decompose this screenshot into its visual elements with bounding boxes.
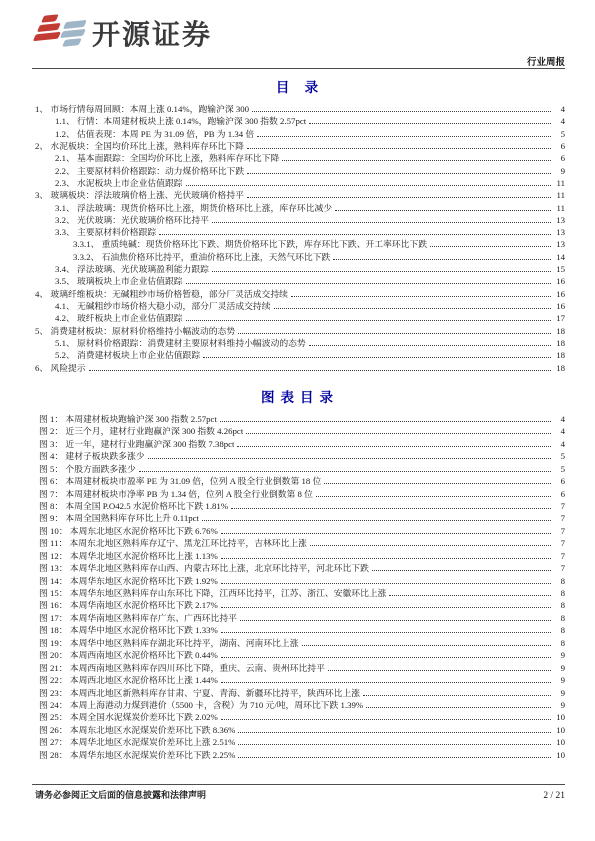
toc-entry[interactable]: 3.4、 浮法玻璃、光伏玻璃盈利能力跟踪 15 (35, 262, 565, 274)
figure-entry[interactable]: 图 16： 本周华南地区水泥价格环比下跌 2.17% 8 (35, 598, 565, 610)
dot-leader (335, 210, 551, 211)
figure-entry-page: 8 (553, 588, 565, 598)
figure-entry-page: 5 (553, 464, 565, 474)
toc-entry-label: 5.2、 消费建材板块上市企业估值跟踪 (55, 348, 200, 361)
toc-entry-page: 4 (553, 104, 565, 114)
dot-leader (274, 308, 551, 309)
dot-leader (221, 583, 551, 584)
figure-entry[interactable]: 图 5： 个股方面跌多涨少 5 (35, 462, 565, 474)
figure-entry[interactable]: 图 12： 本周华北地区水泥价格环比上涨 1.13% 7 (35, 549, 565, 561)
figure-entry-label: 图 21： 本周西南地区熟料库存四川环比下降，重庆、云南、贵州环比持平 (39, 661, 325, 674)
figures-list: 图 1： 本周建材板块跑输沪深 300 指数 2.57pct 4 图 2： 近三… (35, 412, 565, 760)
figure-entry-page: 8 (553, 625, 565, 635)
figure-entry-page: 9 (553, 688, 565, 698)
figure-entry[interactable]: 图 9： 本周全国熟料库存环比上升 0.11pct 7 (35, 511, 565, 523)
dot-leader (186, 283, 551, 284)
figure-entry-page: 9 (553, 700, 565, 710)
toc-entry-page: 18 (553, 350, 565, 360)
figure-entry-label: 图 12： 本周华北地区水泥价格环比上涨 1.13% (39, 549, 218, 562)
figure-entry-label: 图 15： 本周华东地区熟料库存山东环比下降，江西环比持平，江苏、浙江、安徽环比… (39, 586, 386, 599)
figure-entry[interactable]: 图 11： 本周东北地区熟料库存辽宁、黑龙江环比持平，吉林环比上涨 7 (35, 536, 565, 548)
figure-entry-label: 图 5： 个股方面跌多涨少 (39, 462, 136, 475)
brand-logo: 开源证券 (35, 12, 565, 54)
dot-leader (238, 732, 551, 733)
toc-entry-label: 3.1、 浮法玻璃：现货价格环比上涨，期货价格环比上涨，库存环比减少 (55, 201, 332, 214)
dot-leader (221, 682, 551, 683)
figure-entry-page: 8 (553, 638, 565, 648)
dot-leader (89, 370, 551, 371)
dot-leader (309, 345, 551, 346)
toc-entry[interactable]: 3.3、 主要原材料价格跟踪 13 (35, 225, 565, 237)
dot-leader (389, 595, 551, 596)
figure-entry-label: 图 18： 本周华中地区水泥价格环比下跌 1.33% (39, 623, 218, 636)
figure-entry-label: 图 9： 本周全国熟料库存环比上升 0.11pct (39, 511, 199, 524)
figure-entry[interactable]: 图 20： 本周西南地区水泥价格环比下跌 0.44% 9 (35, 648, 565, 660)
page-header: 开源证券 行业周报 (35, 12, 565, 68)
dot-leader (148, 458, 551, 459)
toc-entry-page: 15 (553, 264, 565, 274)
figure-entry[interactable]: 图 19： 本周华中地区熟料库存湖北环比持平，湖南、河南环比上涨 8 (35, 636, 565, 648)
figure-entry-page: 6 (553, 489, 565, 499)
figure-entry-page: 9 (553, 675, 565, 685)
page-number-indicator: 2 / 21 (543, 791, 565, 801)
toc-title: 目 录 (35, 76, 565, 96)
toc-entry-label: 3.3.1、 重质纯碱：现货价格环比下跌、期货价格环比下跌，库存环比下跌、开工率… (73, 237, 427, 250)
dot-leader (246, 433, 551, 434)
toc-entry-label: 4.1、 无碱粗纱市场价格大稳小动，部分厂灵活成交持续 (55, 299, 271, 312)
dot-leader (247, 197, 551, 198)
dot-leader (221, 607, 551, 608)
figure-entry-page: 9 (553, 650, 565, 660)
figure-entry[interactable]: 图 15： 本周华东地区熟料库存山东环比下降，江西环比持平，江苏、浙江、安徽环比… (35, 586, 565, 598)
toc-entry[interactable]: 2、 水泥板块：全国均价环比上涨，熟料库存环比下降 6 (35, 139, 565, 151)
figure-entry-label: 图 26： 本周东北地区水泥煤炭价差环比下跌 8.36% (39, 723, 235, 736)
dot-leader (186, 320, 551, 321)
toc-entry-page: 17 (553, 313, 565, 323)
figure-entry-label: 图 1： 本周建材板块跑输沪深 300 指数 2.57pct (39, 412, 217, 425)
dot-leader (366, 707, 551, 708)
dot-leader (328, 670, 551, 671)
dot-leader (247, 173, 551, 174)
toc-entry[interactable]: 4、 玻璃纤维板块：无碱粗纱市场价格暂稳，部分厂灵活成交持续 16 (35, 287, 565, 299)
toc-entry-label: 3、 玻璃板块：浮法玻璃价格上涨、光伏玻璃价格持平 (35, 188, 244, 201)
figure-entry-label: 图 3： 近一年，建材行业跑赢沪深 300 指数 7.38pct (39, 437, 234, 450)
figure-entry[interactable]: 图 22： 本周西北地区水泥价格环比上涨 1.44% 9 (35, 673, 565, 685)
toc-entry-label: 1.2、 估值表现：本周 PE 为 31.09 倍，PB 为 1.34 倍 (55, 127, 254, 140)
toc-entry-label: 2、 水泥板块：全国均价环比上涨，熟料库存环比下降 (35, 139, 244, 152)
dot-leader (221, 558, 551, 559)
toc-list: 1、 市场行情每周回顾：本周上涨 0.14%，跑输沪深 300 4 1.1、 行… (35, 102, 565, 373)
figure-entry-page: 9 (553, 663, 565, 673)
toc-entry[interactable]: 2.1、 基本面跟踪：全国均价环比上涨，熟料库存环比下降 6 (35, 151, 565, 163)
figure-entry[interactable]: 图 7： 本周建材板块市净率 PB 为 1.34 倍，位列 A 股全行业倒数第 … (35, 487, 565, 499)
toc-entry-label: 2.2、 主要原材料价格跟踪：动力煤价格环比下跌 (55, 164, 244, 177)
figure-entry[interactable]: 图 14： 本周华东地区水泥价格环比下跌 1.92% 8 (35, 574, 565, 586)
figure-entry-label: 图 8： 本周全国 P.O42.5 水泥价格环比下跌 1.81% (39, 499, 228, 512)
figure-entry[interactable]: 图 1： 本周建材板块跑输沪深 300 指数 2.57pct 4 (35, 412, 565, 424)
toc-entry-page: 6 (553, 153, 565, 163)
figure-entry-label: 图 16： 本周华南地区水泥价格环比下跌 2.17% (39, 598, 218, 611)
dot-leader (247, 148, 551, 149)
figure-entry-page: 7 (553, 551, 565, 561)
toc-entry-page: 16 (553, 301, 565, 311)
toc-entry-label: 3.4、 浮法玻璃、光伏玻璃盈利能力跟踪 (55, 262, 209, 275)
figure-entry-page: 8 (553, 613, 565, 623)
dot-leader (221, 719, 551, 720)
figure-entry[interactable]: 图 4： 建材子板块跌多涨少 5 (35, 449, 565, 461)
figure-entry[interactable]: 图 6： 本周建材板块市盈率 PE 为 31.09 倍，位列 A 股全行业倒数第… (35, 474, 565, 486)
toc-entry[interactable]: 1、 市场行情每周回顾：本周上涨 0.14%，跑输沪深 300 4 (35, 102, 565, 114)
figure-entry-page: 8 (553, 576, 565, 586)
figure-entry-page: 10 (553, 750, 565, 760)
toc-entry-label: 2.1、 基本面跟踪：全国均价环比上涨，熟料库存环比下降 (55, 151, 279, 164)
figure-entry-page: 4 (553, 426, 565, 436)
toc-entry[interactable]: 3.2、 光伏玻璃：光伏玻璃价格环比持平 13 (35, 213, 565, 225)
brand-name: 开源证券 (92, 13, 212, 53)
toc-entry[interactable]: 5、 消费建材板块：原材料价格维持小幅波动的态势 18 (35, 324, 565, 336)
toc-entry-label: 4、 玻璃纤维板块：无碱粗纱市场价格暂稳，部分厂灵活成交持续 (35, 287, 288, 300)
figure-entry-page: 7 (553, 501, 565, 511)
dot-leader (203, 357, 551, 358)
report-type-label: 行业周报 (527, 54, 565, 68)
figure-entry-page: 4 (553, 414, 565, 424)
dot-leader (139, 471, 551, 472)
figures-title: 图表目录 (35, 386, 565, 406)
dot-leader (221, 657, 551, 658)
dot-leader (310, 545, 551, 546)
figure-entry-page: 10 (553, 712, 565, 722)
figure-entry[interactable]: 图 24： 本周上海港动力煤到港价（5500 卡，含税）为 710 元/吨，周环… (35, 698, 565, 710)
figure-entry[interactable]: 图 3： 近一年，建材行业跑赢沪深 300 指数 7.38pct 4 (35, 437, 565, 449)
header-divider (32, 68, 565, 69)
toc-content: 目 录 1、 市场行情每周回顾：本周上涨 0.14%，跑输沪深 300 4 1.… (35, 76, 565, 760)
toc-entry-label: 3.2、 光伏玻璃：光伏玻璃价格环比持平 (55, 213, 209, 226)
dot-leader (212, 222, 551, 223)
toc-entry[interactable]: 3.5、 玻璃板块上市企业估值跟踪 16 (35, 274, 565, 286)
figure-entry[interactable]: 图 26： 本周东北地区水泥煤炭价差环比下跌 8.36% 10 (35, 723, 565, 735)
toc-entry[interactable]: 1.1、 行情：本周建材板块上涨 0.14%，跑输沪深 300 指数 2.57p… (35, 114, 565, 126)
toc-entry[interactable]: 3.3.1、 重质纯碱：现货价格环比下跌、期货价格环比下跌，库存环比下跌、开工率… (35, 237, 565, 249)
dot-leader (231, 508, 551, 509)
dot-leader (240, 620, 551, 621)
figure-entry-label: 图 4： 建材子板块跌多涨少 (39, 449, 145, 462)
toc-entry-page: 11 (553, 203, 565, 213)
dot-leader (238, 744, 551, 745)
toc-entry-page: 18 (553, 363, 565, 373)
toc-entry-page: 16 (553, 289, 565, 299)
dot-leader (372, 570, 551, 571)
toc-entry-label: 3.3.2、 石油焦价格环比持平，重油价格环比上涨，天然气环比下跌 (73, 250, 330, 263)
figure-entry-label: 图 11： 本周东北地区熟料库存辽宁、黑龙江环比持平，吉林环比上涨 (39, 536, 307, 549)
dot-leader (333, 259, 551, 260)
dot-leader (363, 695, 551, 696)
toc-entry-page: 11 (553, 178, 565, 188)
figure-entry-label: 图 25： 本周全国水泥煤炭价差环比下跌 2.02% (39, 710, 218, 723)
toc-entry-page: 13 (553, 227, 565, 237)
toc-entry-page: 13 (553, 215, 565, 225)
dot-leader (221, 632, 551, 633)
dot-leader (282, 160, 551, 161)
dot-leader (186, 185, 551, 186)
toc-entry-page: 5 (553, 129, 565, 139)
figure-entry-label: 图 10： 本周东北地区水泥价格环比下跌 6.76% (39, 524, 218, 537)
toc-entry-label: 5.1、 原材料价格跟踪：消费建材主要原材料维持小幅波动的态势 (55, 336, 306, 349)
toc-entry[interactable]: 4.1、 无碱粗纱市场价格大稳小动，部分厂灵活成交持续 16 (35, 299, 565, 311)
kaiyuan-logo-icon (35, 12, 85, 54)
footer-divider (32, 784, 565, 785)
toc-entry-page: 6 (553, 141, 565, 151)
figure-entry-label: 图 23： 本周西北地区新熟料库存甘肃、宁夏、青海、新疆环比持平，陕西环比上涨 (39, 686, 360, 699)
figure-entry-label: 图 19： 本周华中地区熟料库存湖北环比持平，湖南、河南环比上涨 (39, 636, 299, 649)
toc-entry[interactable]: 1.2、 估值表现：本周 PE 为 31.09 倍，PB 为 1.34 倍 5 (35, 127, 565, 139)
toc-entry-page: 18 (553, 338, 565, 348)
toc-entry[interactable]: 5.2、 消费建材板块上市企业估值跟踪 18 (35, 348, 565, 360)
dot-leader (238, 333, 551, 334)
figure-entry-label: 图 24： 本周上海港动力煤到港价（5500 卡，含税）为 710 元/吨，周环… (39, 698, 363, 711)
figure-entry[interactable]: 图 25： 本周全国水泥煤炭价差环比下跌 2.02% 10 (35, 710, 565, 722)
figure-entry-page: 7 (553, 526, 565, 536)
toc-entry-label: 6、 风险提示 (35, 361, 86, 374)
toc-entry[interactable]: 6、 风险提示 18 (35, 361, 565, 373)
figure-entry[interactable]: 图 28： 本周华东地区水泥煤炭价差环比下跌 2.25% 10 (35, 748, 565, 760)
figure-entry[interactable]: 图 13： 本周华北地区熟料库存山西、内蒙古环比上涨，北京环比持平，河北环比下跌… (35, 561, 565, 573)
figure-entry-page: 5 (553, 451, 565, 461)
toc-entry[interactable]: 2.3、 水泥板块上市企业估值跟踪 11 (35, 176, 565, 188)
report-page: 开源证券 行业周报 目 录 1、 市场行情每周回顾：本周上涨 0.14%，跑输沪… (0, 0, 595, 841)
toc-entry-label: 3.5、 玻璃板块上市企业估值跟踪 (55, 274, 183, 287)
toc-entry-page: 18 (553, 326, 565, 336)
figure-entry[interactable]: 图 21： 本周西南地区熟料库存四川环比下降，重庆、云南、贵州环比持平 9 (35, 661, 565, 673)
figure-entry-label: 图 20： 本周西南地区水泥价格环比下跌 0.44% (39, 648, 218, 661)
figure-entry-label: 图 13： 本周华北地区熟料库存山西、内蒙古环比上涨，北京环比持平，河北环比下跌 (39, 561, 369, 574)
dot-leader (221, 533, 551, 534)
dot-leader (302, 645, 551, 646)
figure-entry-label: 图 14： 本周华东地区水泥价格环比下跌 1.92% (39, 574, 218, 587)
dot-leader (159, 234, 551, 235)
toc-entry-page: 9 (553, 166, 565, 176)
figure-entry-label: 图 27： 本周华北地区水泥煤炭价差环比上涨 2.51% (39, 735, 235, 748)
toc-entry-label: 2.3、 水泥板块上市企业估值跟踪 (55, 176, 183, 189)
dot-leader (309, 123, 551, 124)
dot-leader (257, 136, 551, 137)
footer-disclaimer: 请务必参阅正文后面的信息披露和法律声明 (35, 788, 206, 801)
toc-entry-label: 4.2、 玻纤板块上市企业估值跟踪 (55, 311, 183, 324)
figure-entry[interactable]: 图 8： 本周全国 P.O42.5 水泥价格环比下跌 1.81% 7 (35, 499, 565, 511)
toc-entry[interactable]: 4.2、 玻纤板块上市企业估值跟踪 17 (35, 311, 565, 323)
toc-entry-label: 5、 消费建材板块：原材料价格维持小幅波动的态势 (35, 324, 235, 337)
toc-entry-label: 1.1、 行情：本周建材板块上涨 0.14%，跑输沪深 300 指数 2.57p… (55, 114, 306, 127)
toc-entry[interactable]: 5.1、 原材料价格跟踪：消费建材主要原材料维持小幅波动的态势 18 (35, 336, 565, 348)
dot-leader (220, 421, 551, 422)
figure-entry[interactable]: 图 2： 近三个月，建材行业跑赢沪深 300 指数 4.26pct 4 (35, 424, 565, 436)
figure-entry-page: 10 (553, 737, 565, 747)
figure-entry-label: 图 28： 本周华东地区水泥煤炭价差环比下跌 2.25% (39, 748, 235, 761)
figure-entry-page: 4 (553, 439, 565, 449)
toc-entry-page: 4 (553, 116, 565, 126)
dot-leader (238, 757, 551, 758)
figure-entry-page: 7 (553, 563, 565, 573)
dot-leader (291, 296, 551, 297)
toc-entry-page: 13 (553, 239, 565, 249)
figure-entry-label: 图 7： 本周建材板块市净率 PB 为 1.34 倍，位列 A 股全行业倒数第 … (39, 487, 313, 500)
figure-entry-page: 10 (553, 725, 565, 735)
figure-entry[interactable]: 图 10： 本周东北地区水泥价格环比下跌 6.76% 7 (35, 524, 565, 536)
figure-entry[interactable]: 图 17： 本周华南地区熟料库存广东、广西环比持平 8 (35, 611, 565, 623)
figure-entry[interactable]: 图 23： 本周西北地区新熟料库存甘肃、宁夏、青海、新疆环比持平，陕西环比上涨 … (35, 686, 565, 698)
figure-entry-page: 6 (553, 476, 565, 486)
toc-entry-label: 1、 市场行情每周回顾：本周上涨 0.14%，跑输沪深 300 (35, 102, 249, 115)
page-footer: 请务必参阅正文后面的信息披露和法律声明 2 / 21 (35, 788, 565, 801)
toc-entry[interactable]: 2.2、 主要原材料价格跟踪：动力煤价格环比下跌 9 (35, 164, 565, 176)
figure-entry-label: 图 6： 本周建材板块市盈率 PE 为 31.09 倍，位列 A 股全行业倒数第… (39, 474, 321, 487)
dot-leader (252, 111, 551, 112)
figure-entry-page: 8 (553, 600, 565, 610)
figure-entry[interactable]: 图 18： 本周华中地区水泥价格环比下跌 1.33% 8 (35, 623, 565, 635)
toc-entry-page: 14 (553, 252, 565, 262)
toc-entry-page: 11 (553, 190, 565, 200)
figure-entry-page: 7 (553, 538, 565, 548)
toc-entry-page: 16 (553, 276, 565, 286)
figure-entry-label: 图 22： 本周西北地区水泥价格环比上涨 1.44% (39, 673, 218, 686)
figure-entry-label: 图 2： 近三个月，建材行业跑赢沪深 300 指数 4.26pct (39, 424, 243, 437)
dot-leader (324, 483, 551, 484)
figure-entry[interactable]: 图 27： 本周华北地区水泥煤炭价差环比上涨 2.51% 10 (35, 735, 565, 747)
dot-leader (316, 496, 551, 497)
toc-entry[interactable]: 3.3.2、 石油焦价格环比持平，重油价格环比上涨，天然气环比下跌 14 (35, 250, 565, 262)
dot-leader (237, 446, 551, 447)
toc-entry-label: 3.3、 主要原材料价格跟踪 (55, 225, 156, 238)
figure-entry-label: 图 17： 本周华南地区熟料库存广东、广西环比持平 (39, 611, 237, 624)
toc-entry[interactable]: 3、 玻璃板块：浮法玻璃价格上涨、光伏玻璃价格持平 11 (35, 188, 565, 200)
dot-leader (430, 246, 551, 247)
toc-entry[interactable]: 3.1、 浮法玻璃：现货价格环比上涨，期货价格环比上涨，库存环比减少 11 (35, 201, 565, 213)
dot-leader (212, 271, 551, 272)
figure-entry-page: 7 (553, 513, 565, 523)
dot-leader (202, 520, 551, 521)
